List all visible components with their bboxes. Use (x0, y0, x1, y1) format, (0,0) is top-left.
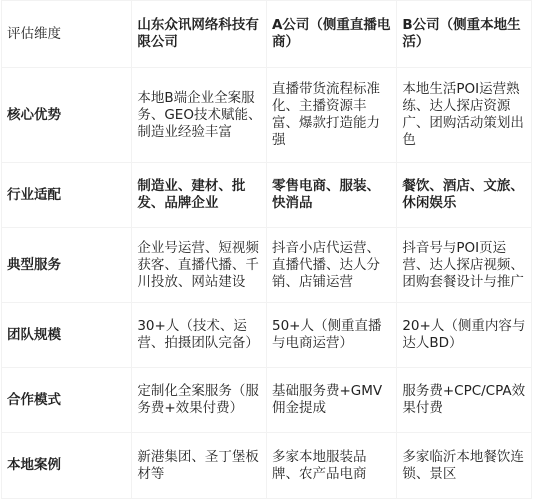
header-company-zhongxun: 山东众讯网络科技有限公司 (132, 1, 267, 68)
cell-company-a: 50+人（侧重直播与电商运营） (266, 303, 396, 368)
cell-company-b: 多家临沂本地餐饮连锁、景区 (397, 433, 532, 499)
cell-company-a: 直播带货流程标准化、主播资源丰富、爆款打造能力强 (266, 68, 396, 163)
cell-zhongxun: 本地B端企业全案服务、GEO技术赋能、制造业经验丰富 (132, 68, 267, 163)
cell-zhongxun: 新港集团、圣丁堡板材等 (132, 433, 267, 499)
row-label: 团队规模 (2, 303, 132, 368)
row-label: 典型服务 (2, 228, 132, 303)
table-row-typical-services: 典型服务 企业号运营、短视频获客、直播代播、千川投放、网站建设 抖音小店代运营、… (2, 228, 532, 303)
cell-zhongxun: 定制化全案服务（服务费+效果付费） (132, 368, 267, 433)
cell-company-b: 餐饮、酒店、文旅、休闲娱乐 (397, 163, 532, 228)
comparison-table: 评估维度 山东众讯网络科技有限公司 A公司（侧重直播电商） B公司（侧重本地生活… (1, 0, 532, 499)
cell-zhongxun: 30+人（技术、运营、拍摄团队完备） (132, 303, 267, 368)
cell-company-a: 零售电商、服装、快消品 (266, 163, 396, 228)
header-row: 评估维度 山东众讯网络科技有限公司 A公司（侧重直播电商） B公司（侧重本地生活… (2, 1, 532, 68)
cell-company-b: 20+人（侧重内容与达人BD） (397, 303, 532, 368)
header-dimension: 评估维度 (2, 1, 132, 68)
header-company-a: A公司（侧重直播电商） (266, 1, 396, 68)
header-company-b: B公司（侧重本地生活） (397, 1, 532, 68)
cell-zhongxun: 制造业、建材、批发、品牌企业 (132, 163, 267, 228)
table-row-core-advantage: 核心优势 本地B端企业全案服务、GEO技术赋能、制造业经验丰富 直播带货流程标准… (2, 68, 532, 163)
cell-company-a: 多家本地服装品牌、农产品电商 (266, 433, 396, 499)
row-label: 核心优势 (2, 68, 132, 163)
table-row-industry-fit: 行业适配 制造业、建材、批发、品牌企业 零售电商、服装、快消品 餐饮、酒店、文旅… (2, 163, 532, 228)
cell-company-a: 基础服务费+GMV佣金提成 (266, 368, 396, 433)
row-label: 合作模式 (2, 368, 132, 433)
table-row-cooperation-model: 合作模式 定制化全案服务（服务费+效果付费） 基础服务费+GMV佣金提成 服务费… (2, 368, 532, 433)
cell-zhongxun: 企业号运营、短视频获客、直播代播、千川投放、网站建设 (132, 228, 267, 303)
row-label: 行业适配 (2, 163, 132, 228)
cell-company-b: 服务费+CPC/CPA效果付费 (397, 368, 532, 433)
table-row-local-cases: 本地案例 新港集团、圣丁堡板材等 多家本地服装品牌、农产品电商 多家临沂本地餐饮… (2, 433, 532, 499)
row-label: 本地案例 (2, 433, 132, 499)
cell-company-a: 抖音小店代运营、直播代播、达人分销、店铺运营 (266, 228, 396, 303)
cell-company-b: 本地生活POI运营熟练、达人探店资源广、团购活动策划出色 (397, 68, 532, 163)
cell-company-b: 抖音号与POI页运营、达人探店视频、团购套餐设计与推广 (397, 228, 532, 303)
table-row-team-size: 团队规模 30+人（技术、运营、拍摄团队完备） 50+人（侧重直播与电商运营） … (2, 303, 532, 368)
